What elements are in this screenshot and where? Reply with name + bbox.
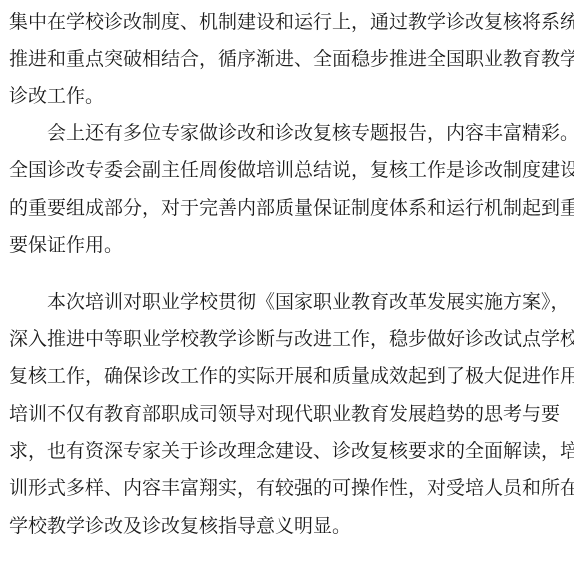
text-line: 集中在学校诊改制度、机制建设和运行上，通过教学诊改复核将系统 <box>9 4 574 41</box>
text-line: 本次培训对职业学校贯彻《国家职业教育改革发展实施方案》， <box>9 284 570 321</box>
text-line: 训形式多样、内容丰富翔实，有较强的可操作性，对受培人员和所在 <box>9 470 574 507</box>
text-line: 全国诊改专委会副主任周俊做培训总结说，复核工作是诊改制度建设 <box>9 152 574 189</box>
text-line: 的重要组成部分，对于完善内部质量保证制度体系和运行机制起到重 <box>9 190 574 227</box>
text-line: 培训不仅有教育部职成司领导对现代职业教育发展趋势的思考与要 <box>9 396 560 433</box>
text-line: 学校教学诊改及诊改复核指导意义明显。 <box>9 508 351 545</box>
text-line: 深入推进中等职业学校教学诊断与改进工作，稳步做好诊改试点学校 <box>9 321 574 358</box>
text-line: 要保证作用。 <box>9 227 123 264</box>
text-line: 复核工作，确保诊改工作的实际开展和质量成效起到了极大促进作用， <box>9 358 574 395</box>
text-line: 求，也有资深专家关于诊改理念建设、诊改复核要求的全面解读，培 <box>9 433 574 470</box>
text-line: 推进和重点突破相结合，循序渐进、全面稳步推进全国职业教育教学 <box>9 41 574 78</box>
text-line: 会上还有多位专家做诊改和诊改复核专题报告，内容丰富精彩。 <box>9 115 574 152</box>
text-line: 诊改工作。 <box>9 78 104 115</box>
